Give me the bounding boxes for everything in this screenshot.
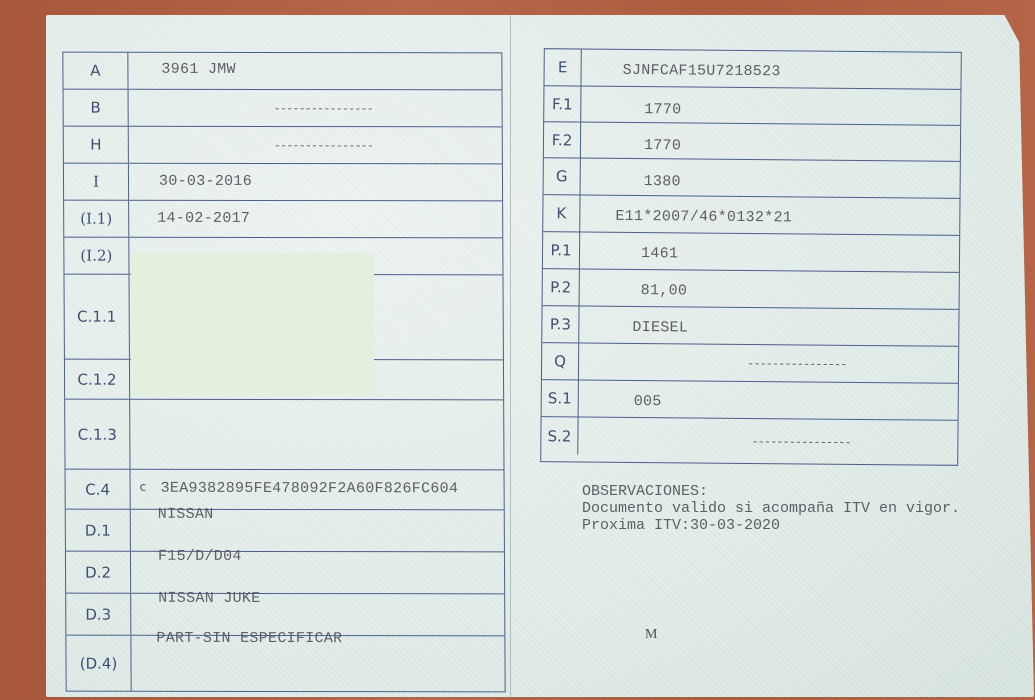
field-value: 30-03-2016 [159,173,252,190]
field-value: NISSAN [158,506,214,523]
left-table-row: B---------------- [64,89,502,127]
field-value: PART-SIN ESPECIFICAR [156,630,342,647]
right-table-row: F.21770 [544,121,960,161]
field-code: D.1 [66,510,131,551]
field-code: K [543,195,580,231]
field-value: 1770 [644,101,681,118]
right-table-row: P.281,00 [543,268,959,309]
mark-letter: M [645,627,657,643]
right-table-row: KE11*2007/46*0132*21 [543,194,959,235]
observations-line-1: Documento valido si acompaña ITV en vigo… [582,500,960,517]
left-table-row: (D.4)PART-SIN ESPECIFICAR [66,635,504,692]
left-table-row: D.3NISSAN JUKE [66,593,504,636]
left-table-row: C.1.3 [65,399,503,470]
left-table-row: C.4c3EA9382895FE478092F2A60F826FC604 [66,469,504,510]
empty-field-dashes: ---------------- [747,357,846,372]
field-value: 14-02-2017 [157,210,250,227]
field-value: 1461 [641,245,678,262]
field-value: 81,00 [641,282,688,299]
field-code: S.1 [542,380,579,416]
field-code: (D.4) [66,636,131,691]
field-code: A [63,53,128,89]
right-table-row: P.3DIESEL [542,305,958,346]
field-code: D.3 [66,594,131,635]
field-value: NISSAN JUKE [158,590,260,607]
observations-line-2: Proxima ITV:30-03-2020 [582,517,780,534]
field-code: P.1 [543,232,580,268]
field-code: F.1 [544,86,581,121]
field-code: Q [542,343,579,379]
left-table-row: I30-03-2016 [64,163,502,201]
field-code: D.2 [66,552,131,593]
field-value: 3961 JMW [161,61,236,78]
right-table-row: ESJNFCAF15U7218523 [544,49,960,89]
field-value: 3EA9382895FE478092F2A60F826FC604 [161,480,459,498]
right-table-row: S.2---------------- [541,416,957,458]
field-code: (I.2) [64,238,129,274]
right-table-row: G1380 [544,157,960,198]
field-code: P.3 [542,306,579,342]
field-code: C.1.3 [65,400,130,469]
field-code: C.1.1 [64,275,129,359]
field-code: S.2 [541,417,578,454]
field-code: E [544,49,581,85]
field-code: C.4 [66,470,131,509]
right-table-row: P.11461 [543,231,959,272]
right-table-row: S.1005 [542,379,958,420]
field-value: E11*2007/46*0132*21 [615,208,792,227]
observations-heading: OBSERVACIONES: [582,483,708,500]
field-code: F.2 [544,122,581,157]
right-table-row: F.11770 [544,85,960,125]
empty-field-dashes: ---------------- [751,435,850,450]
field-value: DIESEL [632,319,688,336]
field-code: (I.1) [64,201,129,237]
field-code: C.1.2 [65,360,130,399]
field-code: I [64,164,129,200]
field-code: G [544,158,581,194]
field-value: F15/D/D04 [158,548,242,565]
field-value: 1380 [644,173,681,190]
left-table-row: H---------------- [64,126,502,164]
field-code: H [64,127,129,163]
field-code: B [64,90,129,126]
empty-field-dashes: ---------------- [274,102,373,116]
field-value: SJNFCAF15U7218523 [623,62,781,80]
observations: OBSERVACIONES: Documento valido si acomp… [582,483,960,534]
redacted-owner-box [131,253,374,395]
field-sub-code: c [140,480,147,494]
left-table-row: D.2F15/D/D04 [66,551,504,594]
page-fold [510,15,511,697]
empty-field-dashes: ---------------- [274,139,373,153]
right-fields-table: ESJNFCAF15U7218523F.11770F.21770G1380KE1… [540,48,962,466]
right-table-row: Q---------------- [542,342,958,383]
field-value: 005 [634,393,662,410]
field-value: 1770 [644,137,681,154]
field-code: P.2 [543,269,580,305]
left-table-row: D.1NISSAN [66,509,504,552]
left-table-row: (I.1)14-02-2017 [64,200,502,238]
left-table-row: A3961 JMW [63,53,501,90]
